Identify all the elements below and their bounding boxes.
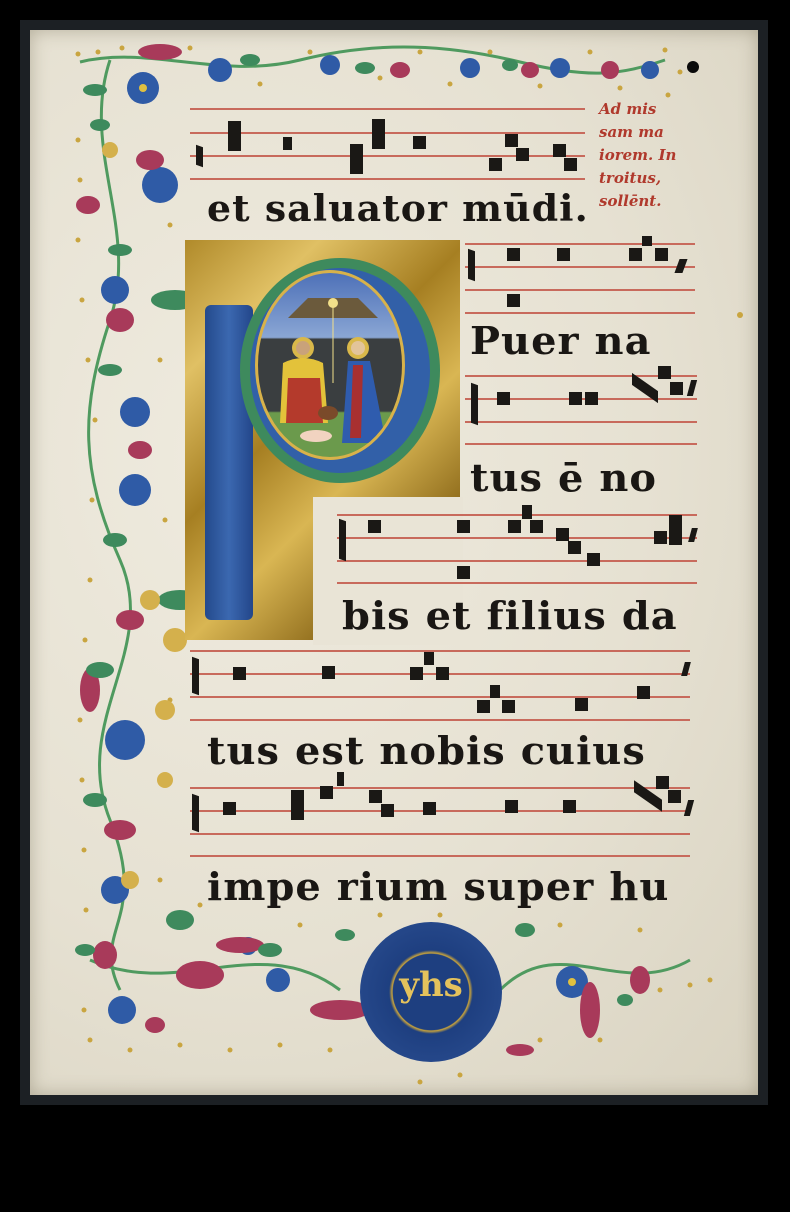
lyric-line-5: tus est nobis cuius bbox=[207, 728, 646, 773]
rubric-line: sam ma bbox=[599, 121, 699, 144]
ihs-monogram: yhs bbox=[360, 965, 502, 1005]
lyric-line-1: et saluator mūdi. bbox=[207, 188, 589, 230]
lyric-line-4: bis et filius da bbox=[342, 593, 678, 638]
rubric-line: Ad mis bbox=[599, 98, 699, 121]
lyric-line-3: tus ē no bbox=[470, 455, 657, 500]
rubric-line: sollēnt. bbox=[599, 190, 699, 213]
rubric-instruction: Ad mis sam ma iorem. In troitus, sollēnt… bbox=[599, 98, 699, 213]
lyric-line-6: impe rium super hu bbox=[207, 864, 669, 909]
rubric-line: troitus, bbox=[599, 167, 699, 190]
lyric-line-2: Puer na bbox=[470, 318, 652, 363]
rubric-line: iorem. In bbox=[599, 144, 699, 167]
